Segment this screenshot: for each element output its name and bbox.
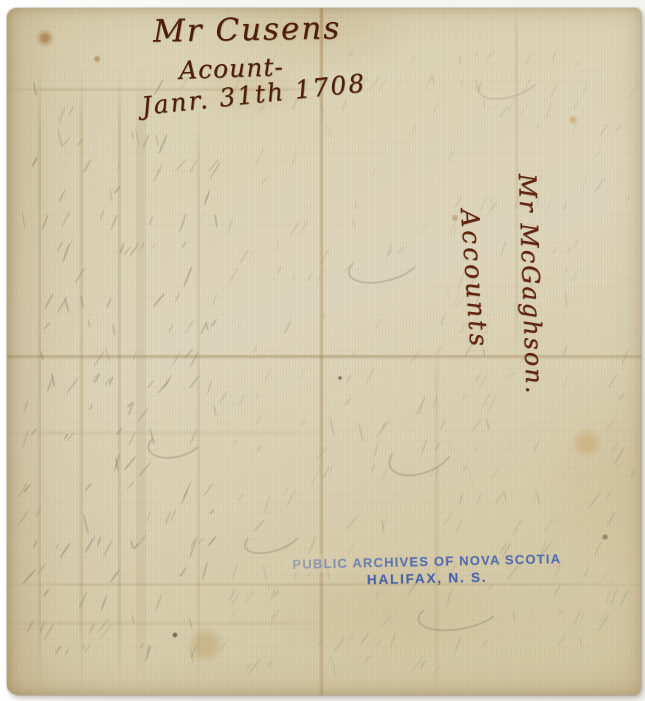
bleedthrough-stroke xyxy=(229,609,238,620)
bleedthrough-stroke xyxy=(123,455,136,470)
bleedthrough-stroke xyxy=(22,212,26,228)
bleedthrough-stroke xyxy=(502,490,508,503)
bleedthrough-stroke xyxy=(556,635,566,646)
bleedthrough-stroke xyxy=(232,440,239,449)
docket-name-line: Mr Cusens xyxy=(153,10,342,49)
bleedthrough-stroke xyxy=(364,655,370,663)
bleedthrough-stroke xyxy=(61,210,72,227)
bleedthrough-stroke xyxy=(16,509,30,527)
bleedthrough-stroke xyxy=(109,187,114,202)
bleedthrough-stroke xyxy=(593,541,603,557)
bleedthrough-stroke xyxy=(97,536,102,547)
bleedthrough-stroke xyxy=(256,445,262,452)
bleedthrough-stroke xyxy=(93,373,101,385)
bleedthrough-stroke xyxy=(553,584,561,596)
bleedthrough-stroke xyxy=(93,350,105,368)
bleedthrough-stroke xyxy=(64,648,69,656)
bleedthrough-stroke xyxy=(112,324,116,337)
bleedthrough-stroke xyxy=(307,535,317,555)
bleedthrough-stroke xyxy=(186,320,195,334)
bleedthrough-stroke xyxy=(261,175,269,186)
bleedthrough-stroke xyxy=(256,415,262,424)
bleedthrough-stroke xyxy=(536,123,541,130)
bleedthrough-stroke xyxy=(365,367,376,385)
bleedthrough-stroke xyxy=(618,393,625,401)
bleedthrough-flourish xyxy=(474,60,544,106)
bleedthrough-stroke xyxy=(462,394,466,401)
bleedthrough-stroke xyxy=(382,467,388,480)
bleedthrough-stroke xyxy=(264,368,271,384)
bleedthrough-stroke xyxy=(532,441,540,454)
bleedthrough-stroke xyxy=(360,631,371,646)
bleedthrough-stroke xyxy=(84,483,92,493)
bleedthrough-stroke xyxy=(562,201,567,212)
bleedthrough-stroke xyxy=(255,391,259,400)
bleedthrough-stroke xyxy=(370,463,375,472)
manuscript-paper: Mr Cusens Acount- Janr. 31th 1708 Mr McG… xyxy=(7,8,641,695)
bleedthrough-stroke xyxy=(32,540,38,548)
bleedthrough-stroke xyxy=(543,518,554,532)
bleedthrough-flourish xyxy=(240,515,306,560)
bleedthrough-stroke xyxy=(239,249,249,264)
bleedthrough-stroke xyxy=(201,562,208,580)
bleedthrough-stroke xyxy=(154,135,158,146)
bleedthrough-stroke xyxy=(474,372,482,383)
bleedthrough-stroke xyxy=(282,487,291,497)
bleedthrough-stroke xyxy=(232,564,238,578)
bleedthrough-stroke xyxy=(68,106,74,116)
bleedthrough-stroke xyxy=(375,318,384,330)
bleedthrough-stroke xyxy=(557,608,564,615)
bleedthrough-stroke xyxy=(619,589,630,608)
bleedthrough-stroke xyxy=(564,268,569,276)
bleedthrough-stroke xyxy=(459,494,464,504)
bleedthrough-stroke xyxy=(159,135,168,154)
bleedthrough-stroke xyxy=(214,213,218,227)
bleedthrough-stroke xyxy=(163,374,173,388)
bleedthrough-stroke xyxy=(482,100,485,109)
bleedthrough-stroke xyxy=(593,176,606,193)
bleedthrough-stroke xyxy=(249,248,258,259)
bleedthrough-stroke xyxy=(525,53,534,65)
bleedthrough-stroke xyxy=(583,172,590,189)
bleedthrough-stroke xyxy=(346,374,352,382)
bleedthrough-stroke xyxy=(490,195,493,206)
bleedthrough-flourish xyxy=(344,240,424,291)
bleedthrough-stroke xyxy=(468,467,474,487)
bleedthrough-stroke xyxy=(484,49,496,62)
bleedthrough-stroke xyxy=(446,289,451,297)
bleedthrough-stroke xyxy=(57,129,63,148)
bleedthrough-stroke xyxy=(494,102,499,110)
bleedthrough-stroke xyxy=(615,464,621,470)
bleedthrough-stroke xyxy=(127,480,136,490)
bleedthrough-stroke xyxy=(485,418,491,431)
bleedthrough-stroke xyxy=(378,80,386,92)
bleedthrough-stroke xyxy=(218,638,229,653)
bleedthrough-stroke xyxy=(582,80,588,96)
bleedthrough-stroke xyxy=(205,323,209,331)
bleedthrough-stroke xyxy=(610,442,620,453)
bleedthrough-stroke xyxy=(551,50,558,63)
bleedthrough-stroke xyxy=(175,159,188,173)
bleedthrough-stroke xyxy=(579,638,582,646)
bleedthrough-stroke xyxy=(566,246,571,254)
bleedthrough-stroke xyxy=(340,98,348,113)
bleedthrough-stroke xyxy=(627,82,640,99)
bleedthrough-stroke xyxy=(42,589,50,599)
bleedthrough-stroke xyxy=(88,404,93,411)
bleedthrough-stroke xyxy=(189,161,197,175)
ruled-column-line xyxy=(197,98,200,694)
bleedthrough-stroke xyxy=(458,56,461,64)
bleedthrough-stroke xyxy=(605,490,613,501)
bleedthrough-stroke xyxy=(227,267,240,285)
bleedthrough-stroke xyxy=(329,464,334,474)
archives-stamp: PUBLIC ARCHIVES OF NOVA SCOTIA HALIFAX, … xyxy=(292,551,563,589)
bleedthrough-stroke xyxy=(263,495,271,514)
bleedthrough-stroke xyxy=(328,127,332,138)
bleedthrough-stroke xyxy=(608,372,619,388)
bleedthrough-stroke xyxy=(476,493,482,504)
bleedthrough-stroke xyxy=(307,272,313,282)
bleedthrough-stroke xyxy=(380,614,392,628)
bleedthrough-stroke xyxy=(461,80,464,87)
bleedthrough-stroke xyxy=(43,322,51,331)
bleedthrough-stroke xyxy=(172,351,182,366)
bleedthrough-stroke xyxy=(151,242,157,250)
bleedthrough-stroke xyxy=(323,266,327,279)
bleedthrough-stroke xyxy=(630,469,635,478)
bleedthrough-stroke xyxy=(59,542,72,559)
bleedthrough-stroke xyxy=(207,535,216,546)
bleedthrough-stroke xyxy=(614,124,622,133)
bleedthrough-stroke xyxy=(347,631,354,645)
ruled-column-line xyxy=(38,66,41,694)
bleedthrough-stroke xyxy=(300,419,308,429)
bleedthrough-stroke xyxy=(510,371,515,377)
bleedthrough-stroke xyxy=(571,122,578,133)
bleedthrough-stroke xyxy=(488,201,499,213)
bleedthrough-stroke xyxy=(512,519,522,537)
bleedthrough-stroke xyxy=(421,224,429,234)
bleedthrough-stroke xyxy=(371,168,377,177)
bleedthrough-stroke xyxy=(352,218,357,231)
bleedthrough-stroke xyxy=(146,511,151,522)
bleedthrough-stroke xyxy=(255,146,266,166)
bleedthrough-stroke xyxy=(61,243,70,263)
bleedthrough-stroke xyxy=(41,215,49,231)
bleedthrough-stroke xyxy=(587,493,601,510)
bleedthrough-flourish xyxy=(383,426,460,485)
bleedthrough-stroke xyxy=(552,246,558,255)
bleedthrough-stroke xyxy=(563,374,569,390)
bleedthrough-stroke xyxy=(440,418,447,430)
bleedthrough-stroke xyxy=(545,198,553,215)
bleedthrough-stroke xyxy=(175,292,181,302)
bleedthrough-stroke xyxy=(564,290,569,307)
bleedthrough-stroke xyxy=(308,200,313,210)
bleedthrough-stroke xyxy=(253,345,258,354)
bleedthrough-stroke xyxy=(412,125,417,132)
bleedthrough-stroke xyxy=(274,243,279,252)
bleedthrough-stroke xyxy=(43,293,54,310)
bleedthrough-stroke xyxy=(55,542,60,550)
bleedthrough-stroke xyxy=(448,149,457,162)
bleedthrough-stroke xyxy=(283,317,292,335)
bleedthrough-stroke xyxy=(100,595,107,610)
bleedthrough-stroke xyxy=(289,220,301,236)
bleedthrough-stroke xyxy=(82,160,91,174)
bleedthrough-stroke xyxy=(106,297,113,309)
bleedthrough-stroke xyxy=(410,54,416,66)
bleedthrough-stroke xyxy=(65,377,79,395)
bleedthrough-stroke xyxy=(529,609,534,620)
bleedthrough-stroke xyxy=(570,270,579,282)
bleedthrough-stroke xyxy=(332,660,336,676)
bleedthrough-stroke xyxy=(168,324,174,333)
bleedthrough-stroke xyxy=(574,240,579,249)
bleedthrough-stroke xyxy=(583,567,590,579)
bleedthrough-stroke xyxy=(396,80,403,88)
bleedthrough-stroke xyxy=(512,611,515,621)
bleedthrough-stroke xyxy=(204,190,211,205)
bleedthrough-stroke xyxy=(227,218,234,234)
bleedthrough-stroke xyxy=(440,313,446,326)
bleedthrough-stroke xyxy=(592,149,602,160)
bleedthrough-stroke xyxy=(606,512,616,528)
bleedthrough-stroke xyxy=(535,488,542,506)
bleedthrough-stroke xyxy=(443,512,454,527)
bleedthrough-stroke xyxy=(245,589,257,604)
bleedthrough-stroke xyxy=(149,216,155,226)
bleedthrough-stroke xyxy=(469,418,482,434)
bleedthrough-stroke xyxy=(183,481,192,498)
bleedthrough-stroke xyxy=(500,242,507,259)
bleedthrough-stroke xyxy=(520,103,530,116)
stain-band xyxy=(136,66,146,694)
bleedthrough-stroke xyxy=(183,267,192,287)
bleedthrough-stroke xyxy=(354,200,358,210)
bleedthrough-stroke xyxy=(453,197,462,209)
bleedthrough-stroke xyxy=(58,189,66,202)
bleedthrough-stroke xyxy=(572,99,580,111)
bleedthrough-stroke xyxy=(152,292,165,307)
bleedthrough-stroke xyxy=(43,623,54,641)
bleedthrough-stroke xyxy=(276,267,282,275)
bleedthrough-stroke xyxy=(181,241,187,248)
bleedthrough-stroke xyxy=(212,293,218,306)
bleedthrough-stroke xyxy=(147,380,155,389)
bleedthrough-stroke xyxy=(131,131,134,140)
ruled-column-line xyxy=(118,66,121,694)
bleedthrough-stroke xyxy=(58,106,67,124)
bleedthrough-stroke xyxy=(345,514,358,530)
bleedthrough-stroke xyxy=(389,631,397,649)
bleedthrough-stroke xyxy=(83,514,89,535)
bleedthrough-stroke xyxy=(600,124,608,137)
bleedthrough-stroke xyxy=(474,447,479,455)
bleedthrough-stroke xyxy=(329,417,335,436)
bleedthrough-stroke xyxy=(238,394,246,408)
bleedthrough-stroke xyxy=(358,423,364,442)
bleedthrough-stroke xyxy=(424,74,432,90)
bleedthrough-stroke xyxy=(474,49,480,58)
bleedthrough-stroke xyxy=(152,164,163,183)
bleedthrough-stroke xyxy=(292,273,296,281)
bleedthrough-stroke xyxy=(178,213,187,233)
bleedthrough-stroke xyxy=(105,345,111,362)
bleedthrough-stroke xyxy=(286,489,297,508)
bleedthrough-stroke xyxy=(549,81,558,98)
bleedthrough-stroke xyxy=(575,57,584,68)
bleedthrough-stroke xyxy=(99,209,105,221)
bleedthrough-stroke xyxy=(455,518,463,534)
bleedthrough-stroke xyxy=(262,565,268,581)
bleedthrough-stroke xyxy=(625,194,631,203)
bleedthrough-stroke xyxy=(345,398,352,406)
bleedthrough-stroke xyxy=(23,400,28,412)
bleedthrough-stroke xyxy=(375,590,380,599)
bleedthrough-stroke xyxy=(332,636,346,654)
bleedthrough-stroke xyxy=(54,645,61,654)
bleedthrough-stroke xyxy=(290,150,298,169)
bleedthrough-stroke xyxy=(207,380,213,395)
bleedthrough-stroke xyxy=(267,660,274,668)
bleedthrough-stroke xyxy=(481,638,488,646)
bleedthrough-stroke xyxy=(454,637,461,653)
bleedthrough-stroke xyxy=(478,374,487,389)
bleedthrough-stroke xyxy=(179,567,188,578)
bleedthrough-stroke xyxy=(210,318,217,327)
bleedthrough-stroke xyxy=(218,391,228,405)
bleedthrough-stroke xyxy=(209,508,215,515)
bleedthrough-stroke xyxy=(84,534,96,553)
bleedthrough-stroke xyxy=(562,466,571,480)
bleedthrough-stroke xyxy=(545,101,553,119)
bleedthrough-stroke xyxy=(87,318,90,327)
bleedthrough-stroke xyxy=(102,539,112,556)
bleedthrough-stroke xyxy=(530,494,536,502)
bleedthrough-stroke xyxy=(507,444,513,451)
bleedthrough-stroke xyxy=(84,644,92,654)
bleedthrough-stroke xyxy=(490,466,500,480)
bleedthrough-stroke xyxy=(110,215,118,231)
bleedthrough-stroke xyxy=(156,593,164,610)
bleedthrough-stroke xyxy=(349,49,354,57)
bleedthrough-stroke xyxy=(236,320,243,331)
bleedthrough-stroke xyxy=(297,367,307,384)
bleedthrough-stroke xyxy=(373,442,380,458)
bleedthrough-stroke xyxy=(213,405,217,416)
bleedthrough-stroke xyxy=(375,639,381,647)
bleedthrough-stroke xyxy=(605,417,616,432)
bleedthrough-flourish xyxy=(415,589,504,637)
bleedthrough-stroke xyxy=(203,483,213,496)
bleedthrough-stroke xyxy=(237,493,245,501)
bleedthrough-stroke xyxy=(57,241,64,251)
bleedthrough-stroke xyxy=(432,98,440,114)
bleedthrough-stroke xyxy=(347,541,356,557)
